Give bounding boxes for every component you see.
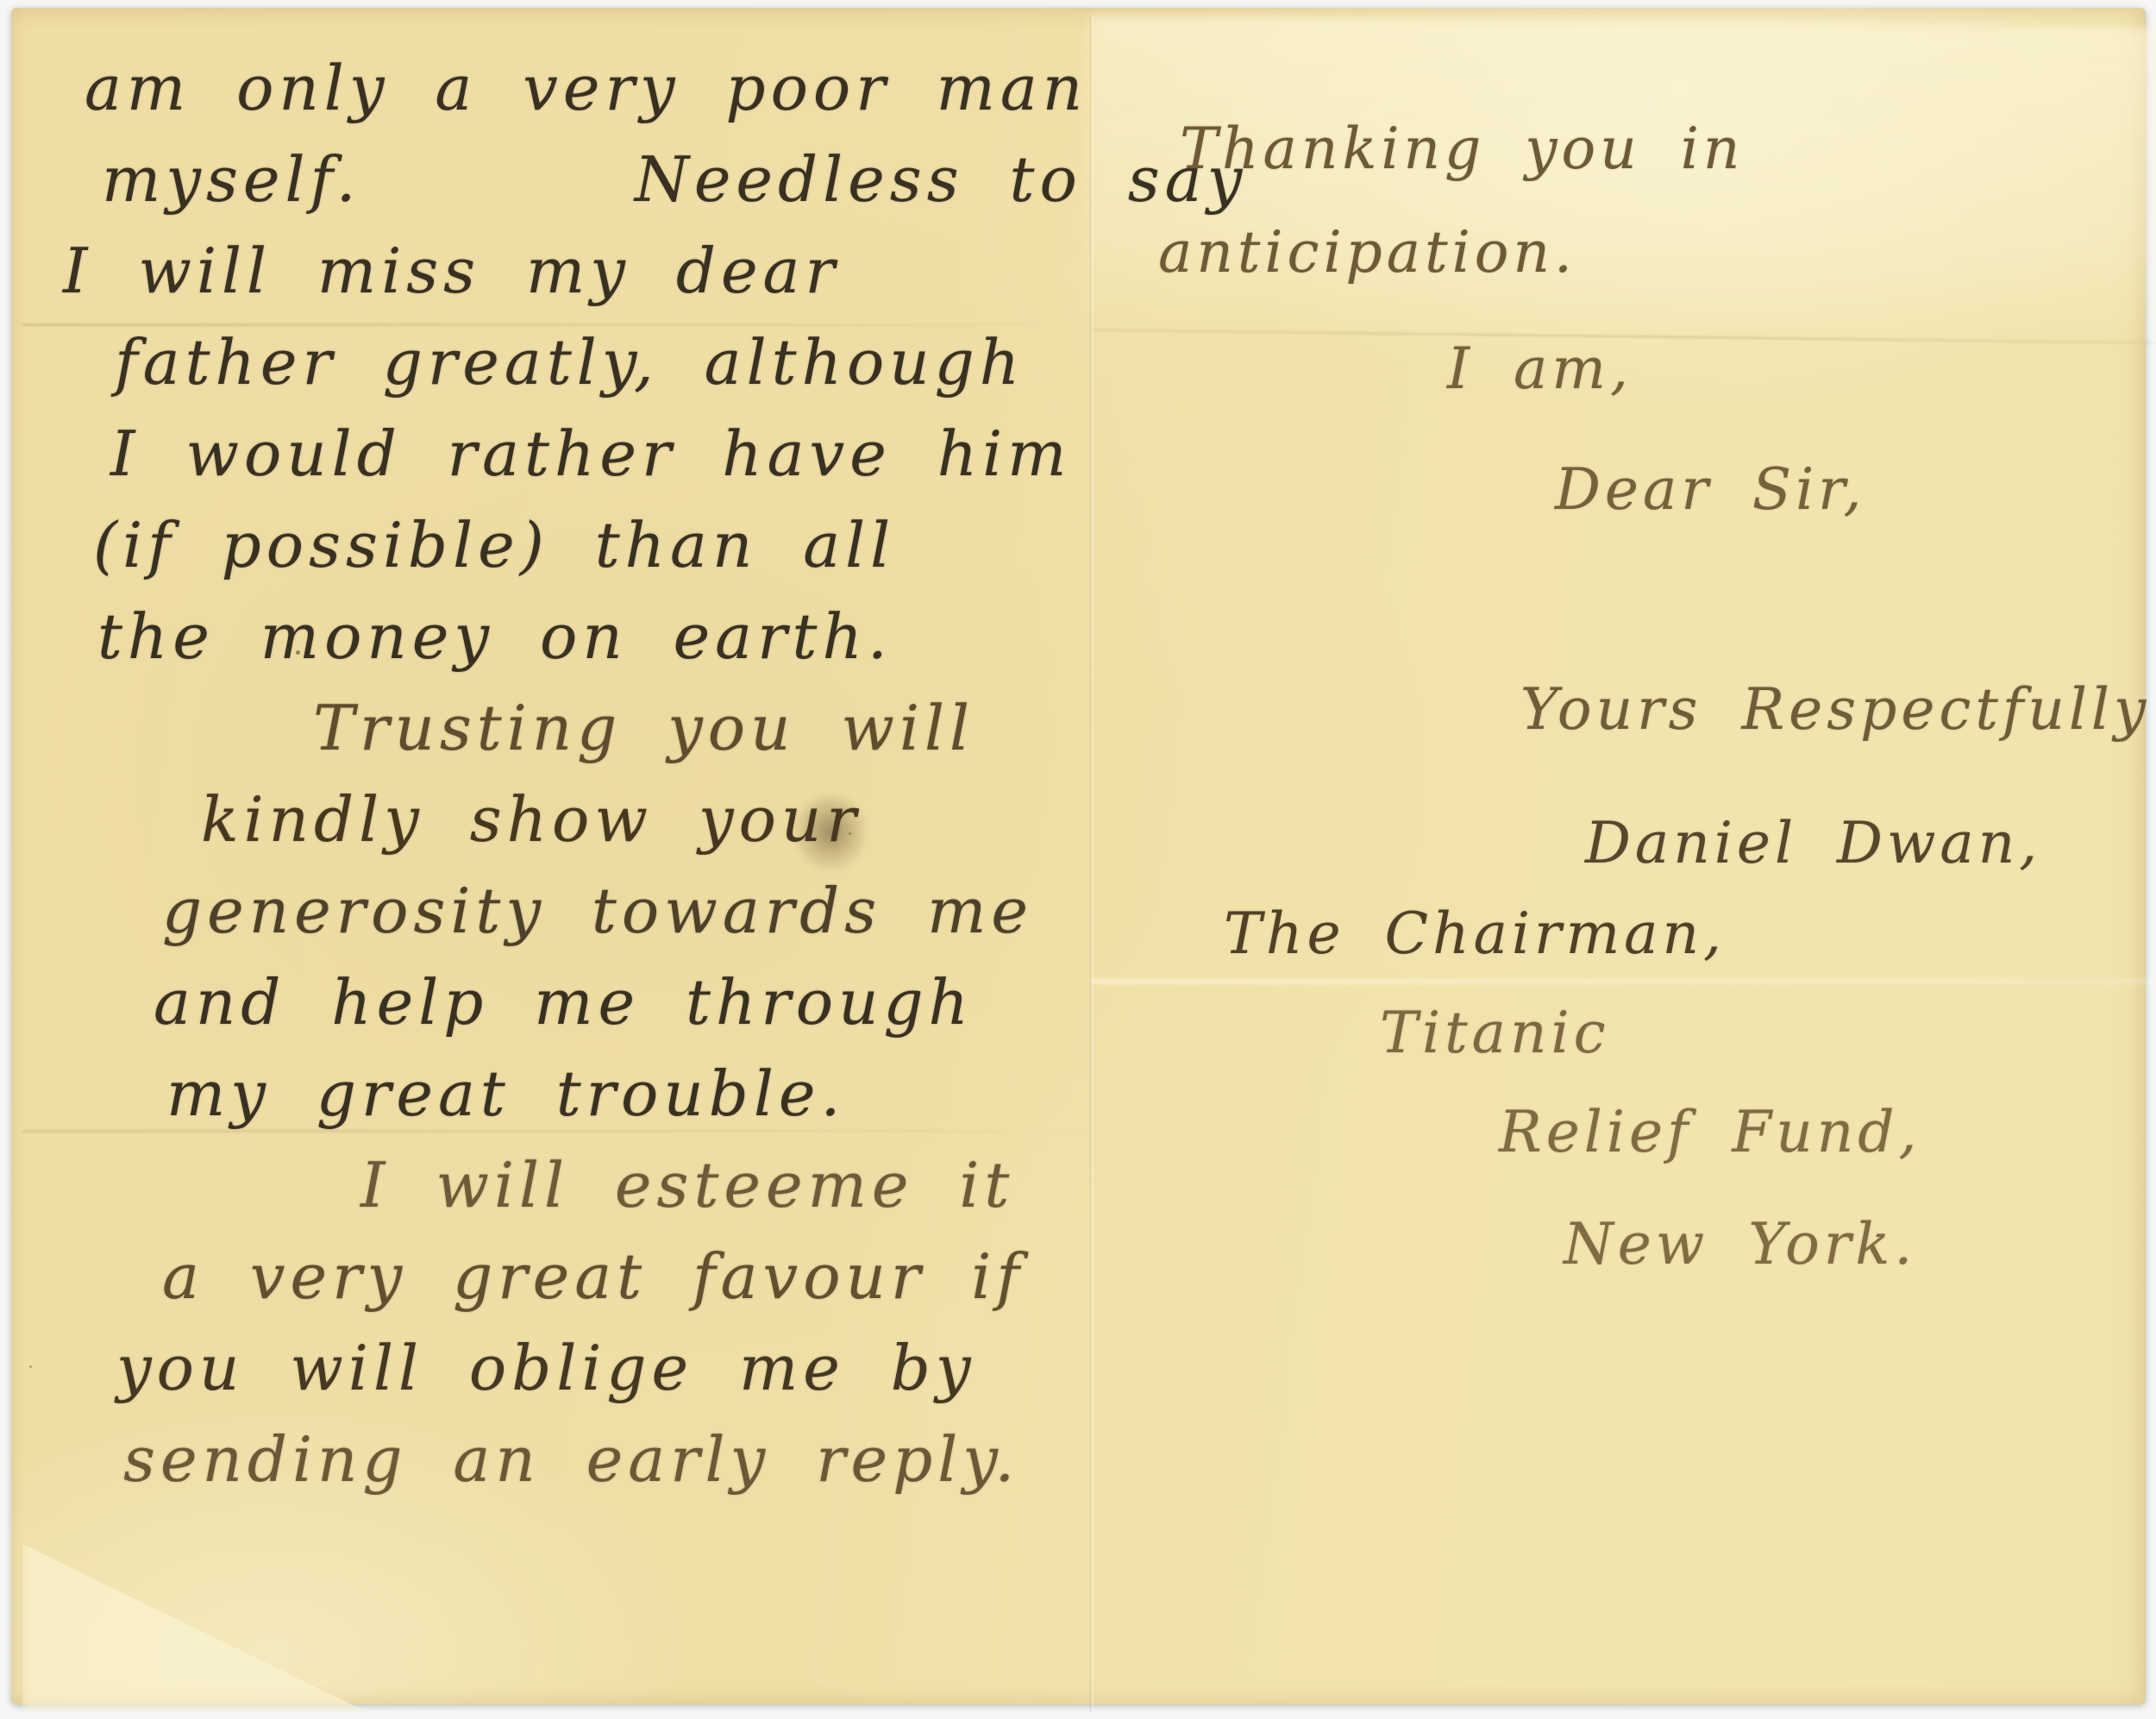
- recipient-line: New York.: [1564, 1211, 1916, 1277]
- handwritten-line: generosity towards me: [63, 865, 1089, 957]
- handwritten-line: Dear Sir,: [1555, 456, 1865, 523]
- handwritten-line: (if possible) than all: [63, 499, 1089, 591]
- handwritten-line: Trusting you will: [63, 682, 1089, 774]
- signature-line: Daniel Dwan,: [1585, 810, 2041, 876]
- letter-page-left: am only a very poor man myself. Needless…: [63, 42, 1089, 1505]
- handwritten-line: I would rather have him: [63, 408, 1089, 499]
- handwritten-line: anticipation.: [1158, 219, 1576, 285]
- handwritten-line: I am,: [1447, 336, 1633, 402]
- handwritten-line: Yours Respectfully: [1520, 676, 2150, 743]
- handwritten-line: father greatly, although: [63, 317, 1089, 408]
- recipient-line: The Chairman,: [1224, 900, 1726, 967]
- letter-page-right: Thanking you in anticipation. I am, Dear…: [1141, 8, 2156, 1712]
- handwritten-line: Thanking you in: [1180, 116, 1744, 182]
- handwritten-line: am only a very poor man: [63, 42, 1089, 134]
- handwritten-line: I will miss my dear: [63, 225, 1089, 317]
- handwritten-line: you will oblige me by: [63, 1322, 1089, 1414]
- handwritten-line: the money on earth.: [63, 591, 1089, 682]
- handwritten-line: sending an early reply.: [63, 1414, 1089, 1505]
- scanned-letter: am only a very poor man myself. Needless…: [0, 0, 2156, 1719]
- handwritten-line: a very great favour if: [63, 1231, 1089, 1322]
- handwritten-line: and help me through: [63, 957, 1089, 1048]
- handwritten-line: I will esteeme it: [63, 1139, 1089, 1231]
- recipient-line: Relief Fund,: [1499, 1099, 1921, 1165]
- letter-paper: am only a very poor man myself. Needless…: [11, 8, 2146, 1704]
- handwritten-line: myself. Needless to say: [63, 134, 1089, 225]
- handwritten-line: kindly show your: [63, 774, 1089, 865]
- recipient-line: Titanic: [1380, 1000, 1610, 1066]
- handwritten-line: my great trouble.: [63, 1048, 1089, 1139]
